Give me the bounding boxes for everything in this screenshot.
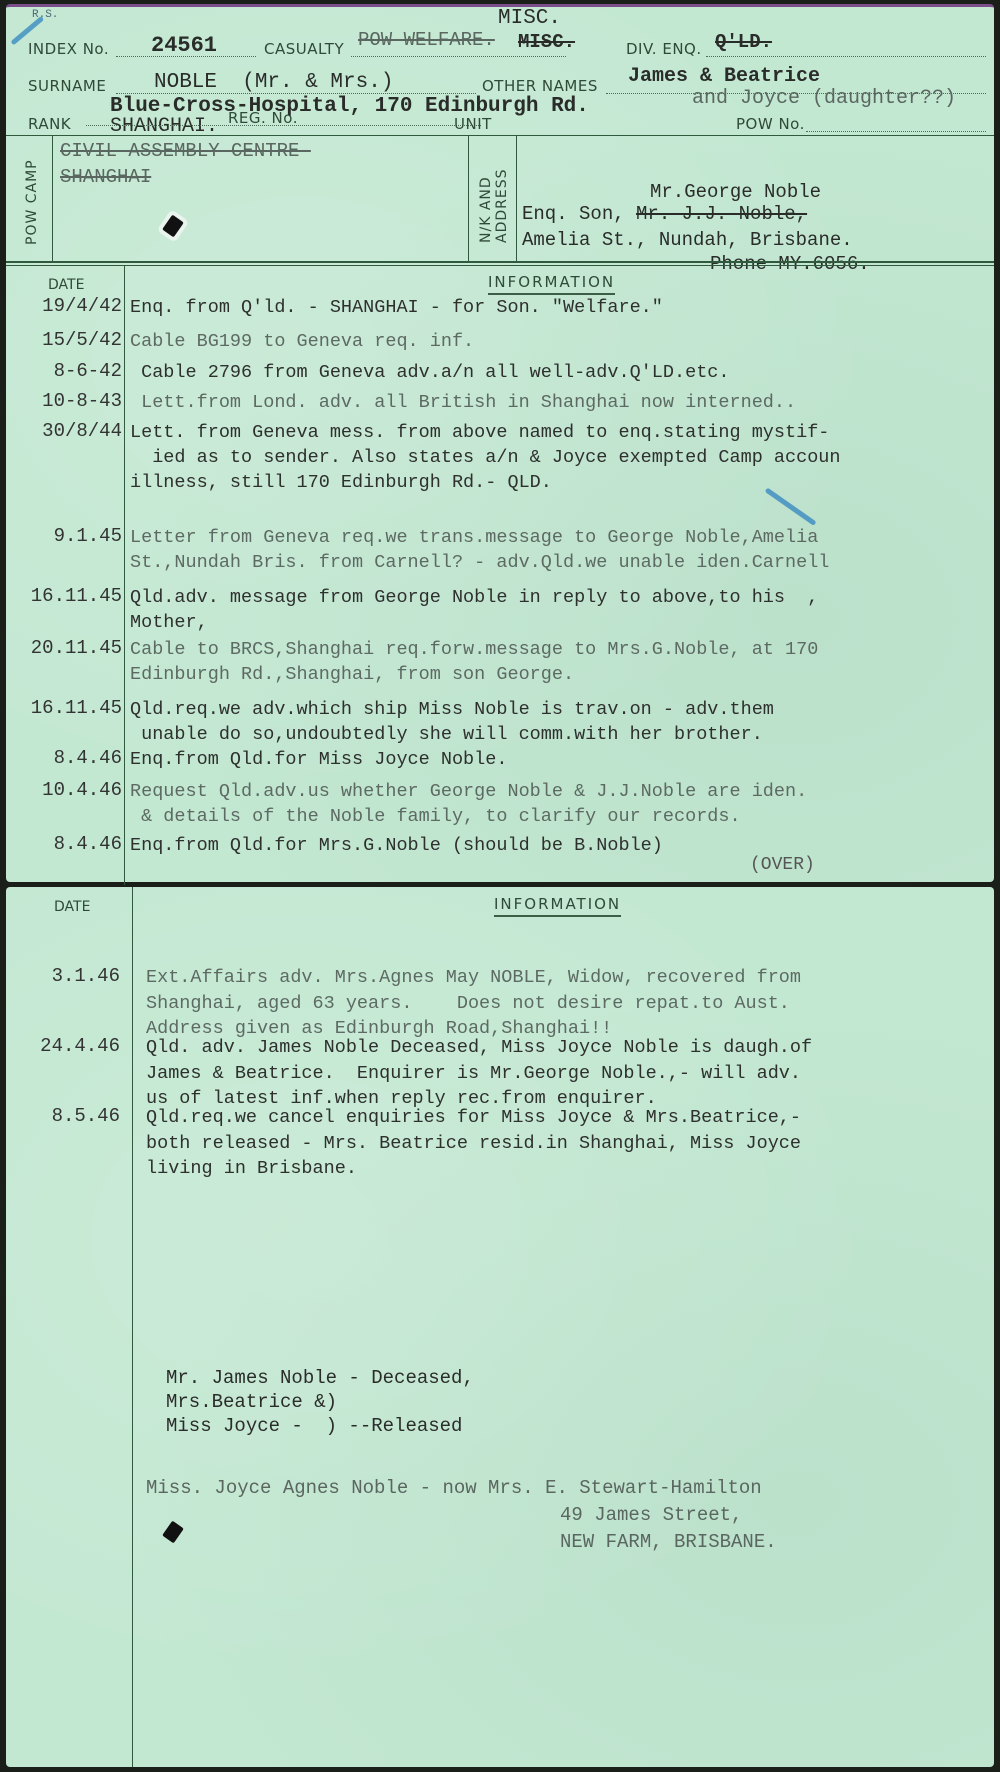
div-enq-label: DIV. ENQ. bbox=[626, 40, 702, 58]
summary-line: Mrs.Beatrice &) bbox=[166, 1391, 337, 1413]
entry-date: 30/8/44 bbox=[4, 420, 122, 442]
casualty-label: CASUALTY bbox=[264, 40, 344, 58]
entry-date: 10-8-43 bbox=[4, 390, 122, 412]
entry-text: Qld.req.we adv.which ship Miss Noble is … bbox=[130, 697, 774, 722]
div-enq-struck-value: Q'LD. bbox=[715, 31, 772, 53]
other-names-extra: and Joyce (daughter??) bbox=[692, 87, 956, 110]
punch-mark bbox=[162, 1521, 184, 1544]
divider bbox=[52, 135, 53, 261]
entry-date: 24.4.46 bbox=[2, 1035, 120, 1057]
summary-line: Mr. James Noble - Deceased, bbox=[166, 1367, 474, 1389]
entry-date: 8.5.46 bbox=[2, 1105, 120, 1127]
information-column-header: INFORMATION bbox=[488, 273, 615, 295]
entry-text: Qld. adv. James Noble Deceased, Miss Joy… bbox=[146, 1035, 812, 1060]
entry-date: 8.4.46 bbox=[4, 747, 122, 769]
entry-text: Enq.from Qld.for Miss Joyce Noble. bbox=[130, 747, 507, 772]
entry-date: 8.4.46 bbox=[4, 833, 122, 855]
entry-text: living in Brisbane. bbox=[146, 1156, 357, 1181]
index-number-value: 24561 bbox=[151, 33, 217, 58]
entry-text: Enq. from Q'ld. - SHANGHAI - for Son. "W… bbox=[130, 295, 663, 320]
information-column-header: INFORMATION bbox=[494, 895, 621, 917]
entry-text: James & Beatrice. Enquirer is Mr.George … bbox=[146, 1061, 801, 1086]
entry-text: Letter from Geneva req.we trans.message … bbox=[130, 525, 818, 550]
entry-date: 16.11.45 bbox=[4, 697, 122, 719]
casualty-misc-struck: MISC. bbox=[518, 31, 575, 53]
pow-no-label: POW No. bbox=[736, 115, 805, 133]
other-names-value: James & Beatrice bbox=[628, 65, 820, 88]
nk-address-line2: Amelia St., Nundah, Brisbane. bbox=[522, 229, 853, 251]
entry-text: Cable to BRCS,Shanghai req.forw.message … bbox=[130, 637, 818, 662]
entry-date: 3.1.46 bbox=[2, 965, 120, 987]
entry-text: Ext.Affairs adv. Mrs.Agnes May NOBLE, Wi… bbox=[146, 965, 801, 990]
summary-line: Miss Joyce - ) --Released bbox=[166, 1415, 462, 1437]
index-card-front: R.S. INDEX No. 24561 CASUALTY POW-WELFAR… bbox=[6, 4, 994, 882]
entry-text: unable do so,undoubtedly she will comm.w… bbox=[130, 722, 763, 747]
entry-text: Cable 2796 from Geneva adv.a/n all well-… bbox=[130, 360, 730, 385]
pow-camp-line2: SHANGHAI bbox=[60, 166, 151, 188]
punch-hole bbox=[162, 215, 184, 238]
surname-label: SURNAME bbox=[28, 77, 106, 95]
entry-text: Lett. from Geneva mess. from above named… bbox=[130, 420, 829, 445]
nk-address-label: N/K AND ADDRESS bbox=[478, 169, 510, 243]
current-address-line: 49 James Street, bbox=[560, 1504, 742, 1526]
column-divider bbox=[124, 265, 125, 885]
divider bbox=[6, 261, 994, 263]
date-column-header: DATE bbox=[54, 899, 90, 915]
entry-text: Qld.req.we cancel enquiries for Miss Joy… bbox=[146, 1105, 801, 1130]
entry-text: Cable BG199 to Geneva req. inf. bbox=[130, 329, 474, 354]
entry-text: illness, still 170 Edinburgh Rd.- QLD. bbox=[130, 470, 552, 495]
entry-text: Request Qld.adv.us whether George Noble … bbox=[130, 779, 807, 804]
casualty-misc-value: MISC. bbox=[498, 7, 561, 30]
current-city-line: NEW FARM, BRISBANE. bbox=[560, 1531, 777, 1553]
entry-text: & details of the Noble family, to clarif… bbox=[130, 804, 741, 829]
entry-text: St.,Nundah Bris. from Carnell? - adv.Qld… bbox=[130, 550, 829, 575]
current-name-line: Miss. Joyce Agnes Noble - now Mrs. E. St… bbox=[146, 1477, 762, 1499]
rank-label: RANK bbox=[28, 115, 71, 133]
unit-label: UNIT bbox=[454, 115, 492, 133]
entry-text: Edinburgh Rd.,Shanghai, from son George. bbox=[130, 662, 574, 687]
entry-text: Qld.adv. message from George Noble in re… bbox=[130, 585, 818, 610]
entry-text: Mother, bbox=[130, 610, 208, 635]
over-note: (OVER) bbox=[750, 855, 815, 875]
dotted-line bbox=[86, 125, 481, 126]
surname-value: NOBLE (Mr. & Mrs.) bbox=[154, 71, 393, 94]
dotted-line bbox=[706, 56, 986, 57]
column-divider bbox=[132, 887, 133, 1767]
date-column-header: DATE bbox=[48, 277, 84, 293]
entry-text: Enq.from Qld.for Mrs.G.Noble (should be … bbox=[130, 833, 663, 858]
casualty-struck-value: POW-WELFARE. bbox=[358, 29, 495, 51]
entry-date: 20.11.45 bbox=[4, 637, 122, 659]
nk-inserted-name: Mr.George Noble bbox=[650, 181, 821, 203]
pow-camp-label: POW CAMP bbox=[24, 159, 40, 245]
entry-date: 10.4.46 bbox=[4, 779, 122, 801]
blue-ink-mark bbox=[765, 487, 817, 526]
other-names-label: OTHER NAMES bbox=[482, 77, 598, 95]
entry-date: 19/4/42 bbox=[4, 295, 122, 317]
entry-date: 15/5/42 bbox=[4, 329, 122, 351]
divider bbox=[6, 265, 994, 266]
entry-text: both released - Mrs. Beatrice resid.in S… bbox=[146, 1131, 801, 1156]
nk-address-line1: Enq. Son, Mr.-J.J.-Noble, bbox=[522, 203, 807, 225]
entry-text: Shanghai, aged 63 years. Does not desire… bbox=[146, 991, 790, 1016]
index-card-back: DATE INFORMATION 3.1.46Ext.Affairs adv. … bbox=[6, 887, 994, 1767]
index-number-label: INDEX No. bbox=[28, 40, 109, 58]
entry-date: 16.11.45 bbox=[4, 585, 122, 607]
divider bbox=[468, 135, 469, 261]
entry-date: 9.1.45 bbox=[4, 525, 122, 547]
nk-phone: Phone MY.6056. bbox=[710, 253, 870, 275]
pow-camp-line1: CIVIL-ASSEMBLY-CENTRE- bbox=[60, 140, 311, 162]
divider bbox=[6, 135, 994, 136]
entry-text: ied as to sender. Also states a/n & Joyc… bbox=[130, 445, 841, 470]
divider bbox=[516, 135, 517, 261]
entry-date: 8-6-42 bbox=[4, 360, 122, 382]
entry-text: Lett.from Lond. adv. all British in Shan… bbox=[130, 390, 796, 415]
dotted-line bbox=[351, 56, 566, 57]
dotted-line bbox=[806, 131, 986, 132]
